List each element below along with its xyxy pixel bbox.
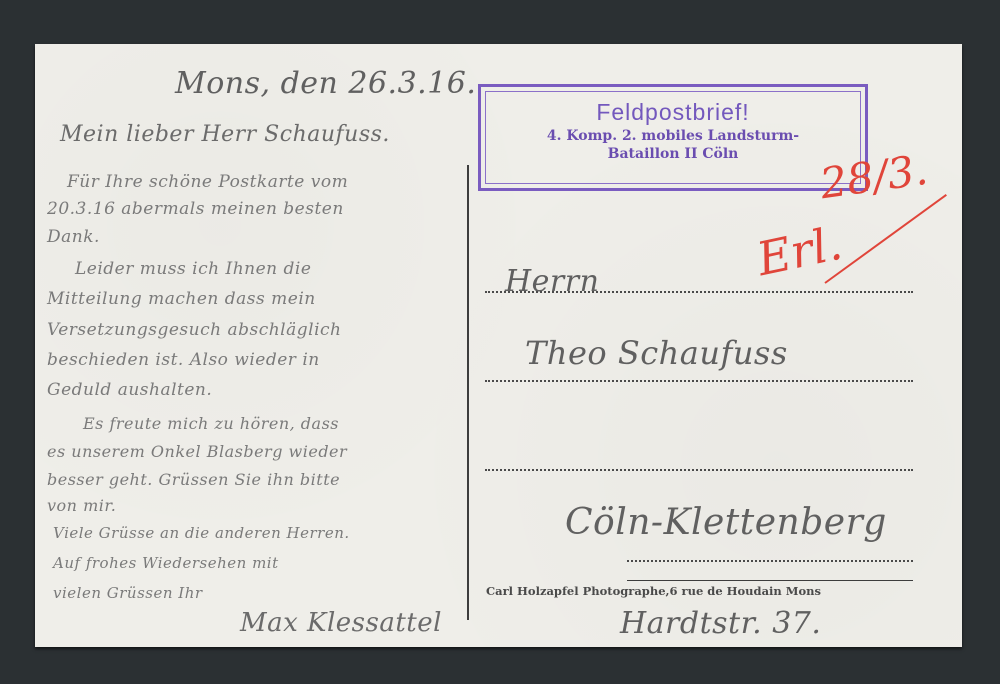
message-line: vielen Grüssen Ihr: [53, 584, 203, 602]
stamp-unit: 4. Komp. 2. mobiles Landsturm-: [481, 128, 865, 144]
address-line-3: [485, 469, 913, 471]
address-line-5: [627, 580, 913, 581]
message-line: Es freute mich zu hören, dass: [83, 414, 339, 433]
center-divider: [467, 165, 469, 620]
dateline: Mons, den 26.3.16.: [175, 66, 476, 101]
message-line: besser geht. Grüssen Sie ihn bitte: [47, 470, 340, 489]
message-line: beschieden ist. Also wieder in: [47, 350, 320, 370]
address-name: Theo Schaufuss: [525, 334, 788, 372]
message-line: Dank.: [47, 227, 100, 247]
message-line: von mir.: [47, 496, 116, 515]
message-line: Auf frohes Wiedersehen mit: [53, 554, 279, 572]
postcard: Mons, den 26.3.16. Mein lieber Herr Scha…: [35, 44, 962, 647]
stamp-title: Feldpostbrief!: [481, 99, 865, 126]
address-line-1: [485, 291, 913, 293]
red-underline-stroke: [824, 194, 947, 284]
salutation: Mein lieber Herr Schaufuss.: [60, 122, 390, 147]
feldpost-stamp: Feldpostbrief! 4. Komp. 2. mobiles Lands…: [478, 84, 868, 191]
address-honorific: Herrn: [505, 264, 599, 299]
message-line: Versetzungsgesuch abschläglich: [47, 320, 341, 340]
message-line: Leider muss ich Ihnen die: [75, 259, 311, 279]
message-line: Für Ihre schöne Postkarte vom: [67, 172, 348, 192]
message-line: Viele Grüsse an die anderen Herren.: [53, 524, 350, 542]
signature: Max Klessattel: [240, 608, 442, 638]
photographer-imprint: Carl Holzapfel Photographe,6 rue de Houd…: [486, 584, 821, 598]
message-line: Mitteilung machen dass mein: [47, 289, 316, 309]
message-line: 20.3.16 abermals meinen besten: [47, 199, 344, 219]
message-line: Geduld aushalten.: [47, 380, 212, 400]
stamp-battalion: Bataillon II Cöln: [481, 146, 865, 162]
address-city: Cöln-Klettenberg: [565, 502, 887, 543]
address-line-2: [485, 380, 913, 382]
address-street: Hardtstr. 37.: [620, 606, 821, 641]
message-line: es unserem Onkel Blasberg wieder: [47, 442, 347, 461]
address-line-4: [627, 560, 913, 562]
